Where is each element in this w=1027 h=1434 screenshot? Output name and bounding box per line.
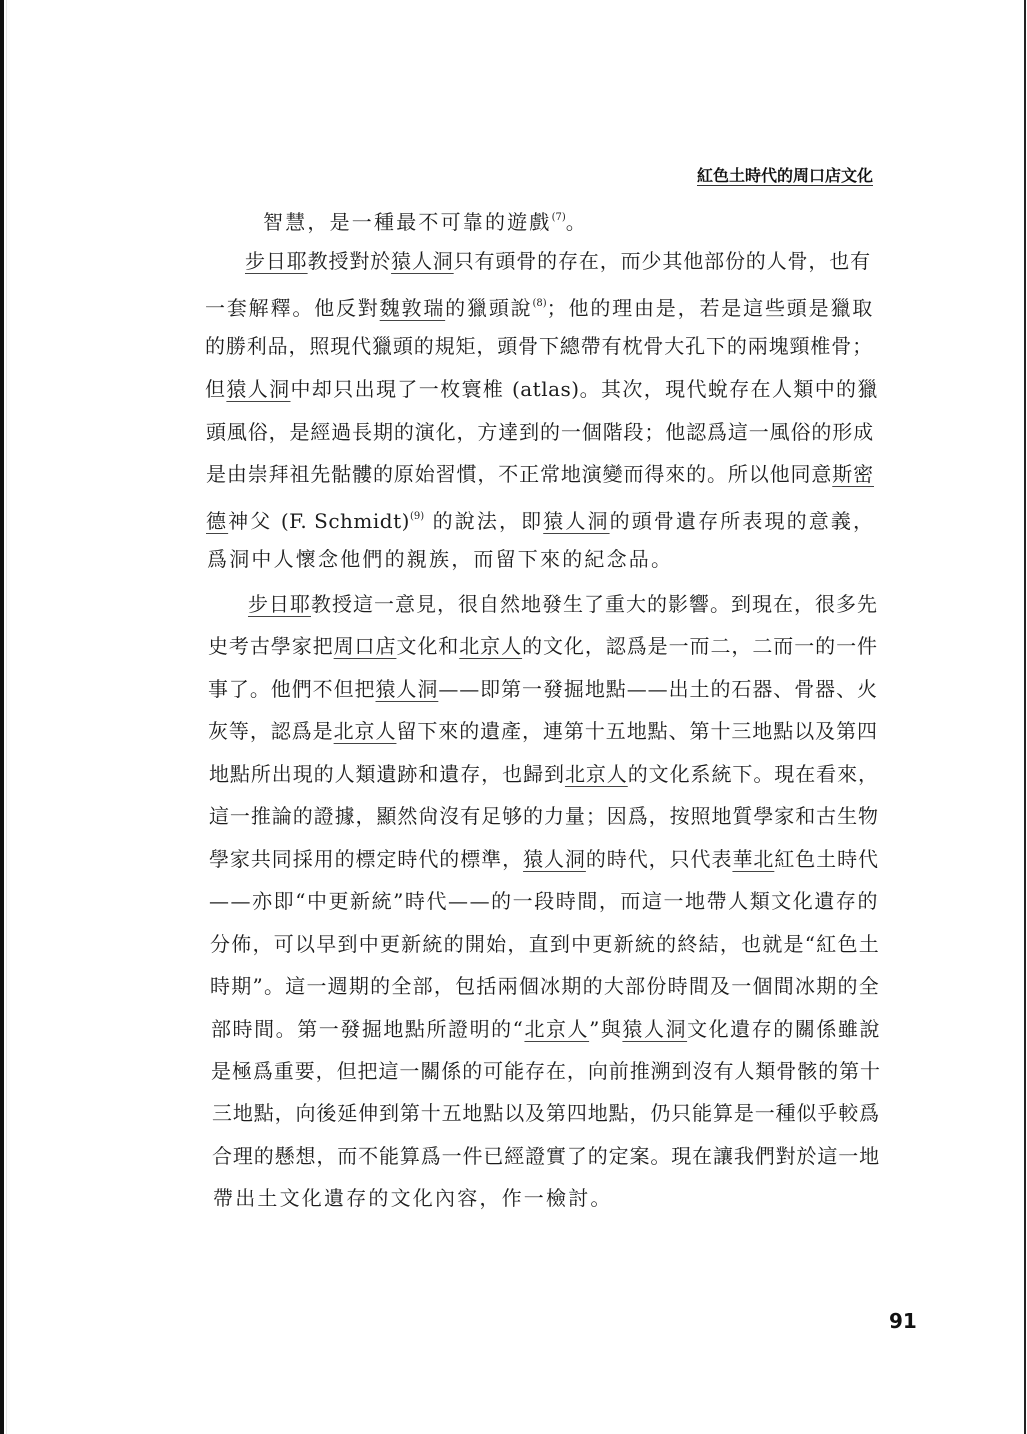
text-segment: 文化和 xyxy=(396,634,459,658)
text-segment: 分佈，可以早到中更新統的開始，直到中更新統的終結，也就是“紅色土 xyxy=(210,932,880,956)
text-segment: 部時間。第一發掘地點所證明的“ xyxy=(211,1017,524,1041)
text-segment: 事了。他們不但把 xyxy=(208,677,376,701)
proper-noun-underlined: 北京人 xyxy=(334,719,397,743)
proper-noun-underlined: 魏敦瑞 xyxy=(380,296,446,320)
text-segment: 爲洞中人懷念他們的親族，而留下來的紀念品。 xyxy=(207,547,673,571)
text-line: 智慧，是一種最不可靠的遊戲(7)。 xyxy=(263,206,588,234)
text-segment: 文化遺存的關係雖說 xyxy=(687,1017,881,1041)
text-line: 帶出土文化遺存的文化內容，作一檢討。 xyxy=(213,1186,613,1210)
text-segment: (atlas) xyxy=(512,377,580,401)
proper-noun-underlined: 猿人洞 xyxy=(543,509,609,533)
page-number: 91 xyxy=(889,1309,917,1333)
text-line: 是由崇拜祖先骷髏的原始習慣，不正常地演變而得來的。所以他同意斯密 xyxy=(206,462,874,486)
proper-noun-underlined: 德 xyxy=(206,509,228,533)
text-line: 的勝利品，照現代獵頭的規矩，頭骨下總帶有枕骨大孔下的兩塊頸椎骨； xyxy=(205,334,873,358)
text-line: 一套解釋。他反對魏敦瑞的獵頭說(8)；他的理由是，若是這些頭是獵取 xyxy=(205,292,874,320)
text-segment: 神父 xyxy=(228,509,281,533)
text-line: 時期”。這一週期的全部，包括兩個冰期的大部份時間及一個間冰期的全 xyxy=(210,974,880,998)
text-segment: ”與 xyxy=(589,1017,622,1041)
footnote-marker: (9) xyxy=(410,511,424,522)
text-segment: 這一推論的證據，顯然尙沒有足够的力量；因爲，按照地質學家和古生物 xyxy=(209,804,879,828)
proper-noun-underlined: 華北 xyxy=(732,847,774,871)
proper-noun-underlined: 猿人洞 xyxy=(523,847,586,871)
text-line: 這一推論的證據，顯然尙沒有足够的力量；因爲，按照地質學家和古生物 xyxy=(209,804,879,828)
text-segment: 教授對於 xyxy=(308,249,391,273)
text-segment: 智慧，是一種最不可靠的遊戲 xyxy=(263,210,552,234)
text-segment: 的文化，認爲是一而二，二而一的一件 xyxy=(522,634,878,658)
running-head: 紅色土時代的周口店文化 xyxy=(697,166,873,186)
text-line: 事了。他們不但把猿人洞——即第一發掘地點——出土的石器、骨器、火 xyxy=(208,677,878,701)
proper-noun-underlined: 北京人 xyxy=(459,634,522,658)
text-line: 地點所出現的人類遺跡和遺存，也歸到北京人的文化系統下。現在看來， xyxy=(209,762,879,786)
text-line: 合理的懸想，而不能算爲一件已經證實了的定案。現在讓我們對於這一地 xyxy=(212,1144,880,1168)
text-line: 灰等，認爲是北京人留下來的遺產，連第十五地點、第十三地點以及第四 xyxy=(208,719,878,743)
text-segment: 合理的懸想，而不能算爲一件已經證實了的定案。現在讓我們對於這一地 xyxy=(212,1144,880,1168)
footnote-marker: (8) xyxy=(532,298,546,309)
text-segment: 。 xyxy=(566,210,588,234)
text-segment: 學家共同採用的標定時代的標準， xyxy=(209,847,523,871)
proper-noun-underlined: 北京人 xyxy=(565,762,628,786)
text-segment: 。其次，現代蛻存在人類中的獵 xyxy=(580,377,879,401)
text-segment: 中却只出現了一枚寰椎 xyxy=(291,377,512,401)
text-segment: 時期”。這一週期的全部，包括兩個冰期的大部份時間及一個間冰期的全 xyxy=(210,974,880,998)
footnote-marker: (7) xyxy=(552,212,566,223)
text-line: 分佈，可以早到中更新統的開始，直到中更新統的終結，也就是“紅色土 xyxy=(210,932,880,956)
text-segment: 三地點，向後延伸到第十五地點以及第四地點，仍只能算是一種似乎較爲 xyxy=(212,1101,880,1125)
text-segment: 是由崇拜祖先骷髏的原始習慣，不正常地演變而得來的。所以他同意 xyxy=(206,462,832,486)
text-segment: 的獵頭說 xyxy=(445,296,532,320)
text-segment: 一套解釋。他反對 xyxy=(205,296,380,320)
text-line: 步日耶教授對於猿人洞只有頭骨的存在，而少其他部份的人骨，也有 xyxy=(245,249,871,273)
proper-noun-underlined: 步日耶 xyxy=(245,249,308,273)
text-line: 爲洞中人懷念他們的親族，而留下來的紀念品。 xyxy=(207,547,673,571)
text-segment: 灰等，認爲是 xyxy=(208,719,334,743)
text-line: 是極爲重要，但把這一關係的可能存在，向前推溯到沒有人類骨骸的第十 xyxy=(211,1059,881,1083)
proper-noun-underlined: 步日耶 xyxy=(248,592,311,616)
text-segment: ；他的理由是，若是這些頭是獵取 xyxy=(547,296,874,320)
page-edge-left-faint xyxy=(6,0,7,1434)
text-segment: ——即第一發掘地點——出土的石器、骨器、火 xyxy=(438,677,878,701)
text-segment: 是極爲重要，但把這一關係的可能存在，向前推溯到沒有人類骨骸的第十 xyxy=(211,1059,881,1083)
text-segment: 的說法，即 xyxy=(424,509,543,533)
text-line: ——亦即“中更新統”時代——的一段時間，而這一地帶人類文化遺存的 xyxy=(209,889,879,913)
text-line: 德神父 (F. Schmidt)(9) 的說法，即猿人洞的頭骨遺存所表現的意義， xyxy=(206,505,875,533)
scanned-book-page: 紅色土時代的周口店文化 智慧，是一種最不可靠的遊戲(7)。步日耶教授對於猿人洞只… xyxy=(0,0,1027,1434)
text-segment: 留下來的遺產，連第十五地點、第十三地點以及第四 xyxy=(396,719,878,743)
text-segment: 教授這一意見，很自然地發生了重大的影響。到現在，很多先 xyxy=(311,592,878,616)
text-segment: 只有頭骨的存在，而少其他部份的人骨，也有 xyxy=(454,249,871,273)
text-segment: 紅色土時代 xyxy=(774,847,879,871)
page-edge-right xyxy=(1024,0,1026,1434)
proper-noun-underlined: 斯密 xyxy=(832,462,874,486)
text-segment: (F. Schmidt) xyxy=(281,509,410,533)
text-line: 史考古學家把周口店文化和北京人的文化，認爲是一而二，二而一的一件 xyxy=(208,634,878,658)
proper-noun-underlined: 猿人洞 xyxy=(622,1017,687,1041)
page-edge-left xyxy=(0,0,4,1434)
proper-noun-underlined: 北京人 xyxy=(524,1017,589,1041)
text-line: 三地點，向後延伸到第十五地點以及第四地點，仍只能算是一種似乎較爲 xyxy=(212,1101,880,1125)
proper-noun-underlined: 周口店 xyxy=(334,634,397,658)
proper-noun-underlined: 猿人洞 xyxy=(391,249,454,273)
text-segment: 但 xyxy=(205,377,226,401)
text-segment: 地點所出現的人類遺跡和遺存，也歸到 xyxy=(209,762,565,786)
proper-noun-underlined: 猿人洞 xyxy=(226,377,290,401)
proper-noun-underlined: 猿人洞 xyxy=(376,677,439,701)
text-line: 步日耶教授這一意見，很自然地發生了重大的影響。到現在，很多先 xyxy=(248,592,878,616)
text-line: 頭風俗，是經過長期的演化，方達到的一個階段；他認爲這一風俗的形成 xyxy=(206,420,874,444)
text-segment: 的文化系統下。現在看來， xyxy=(628,762,879,786)
text-segment: 的勝利品，照現代獵頭的規矩，頭骨下總帶有枕骨大孔下的兩塊頸椎骨； xyxy=(205,334,873,358)
text-line: 但猿人洞中却只出現了一枚寰椎 (atlas)。其次，現代蛻存在人類中的獵 xyxy=(205,377,879,401)
text-segment: 史考古學家把 xyxy=(208,634,334,658)
text-segment: 帶出土文化遺存的文化內容，作一檢討。 xyxy=(213,1186,613,1210)
text-segment: 的時代，只代表 xyxy=(586,847,733,871)
text-segment: 頭風俗，是經過長期的演化，方達到的一個階段；他認爲這一風俗的形成 xyxy=(206,420,874,444)
text-segment: ——亦即“中更新統”時代——的一段時間，而這一地帶人類文化遺存的 xyxy=(209,889,879,913)
text-line: 學家共同採用的標定時代的標準，猿人洞的時代，只代表華北紅色土時代 xyxy=(209,847,879,871)
text-segment: 的頭骨遺存所表現的意義， xyxy=(610,509,876,533)
text-line: 部時間。第一發掘地點所證明的“北京人”與猿人洞文化遺存的關係雖說 xyxy=(211,1017,881,1041)
